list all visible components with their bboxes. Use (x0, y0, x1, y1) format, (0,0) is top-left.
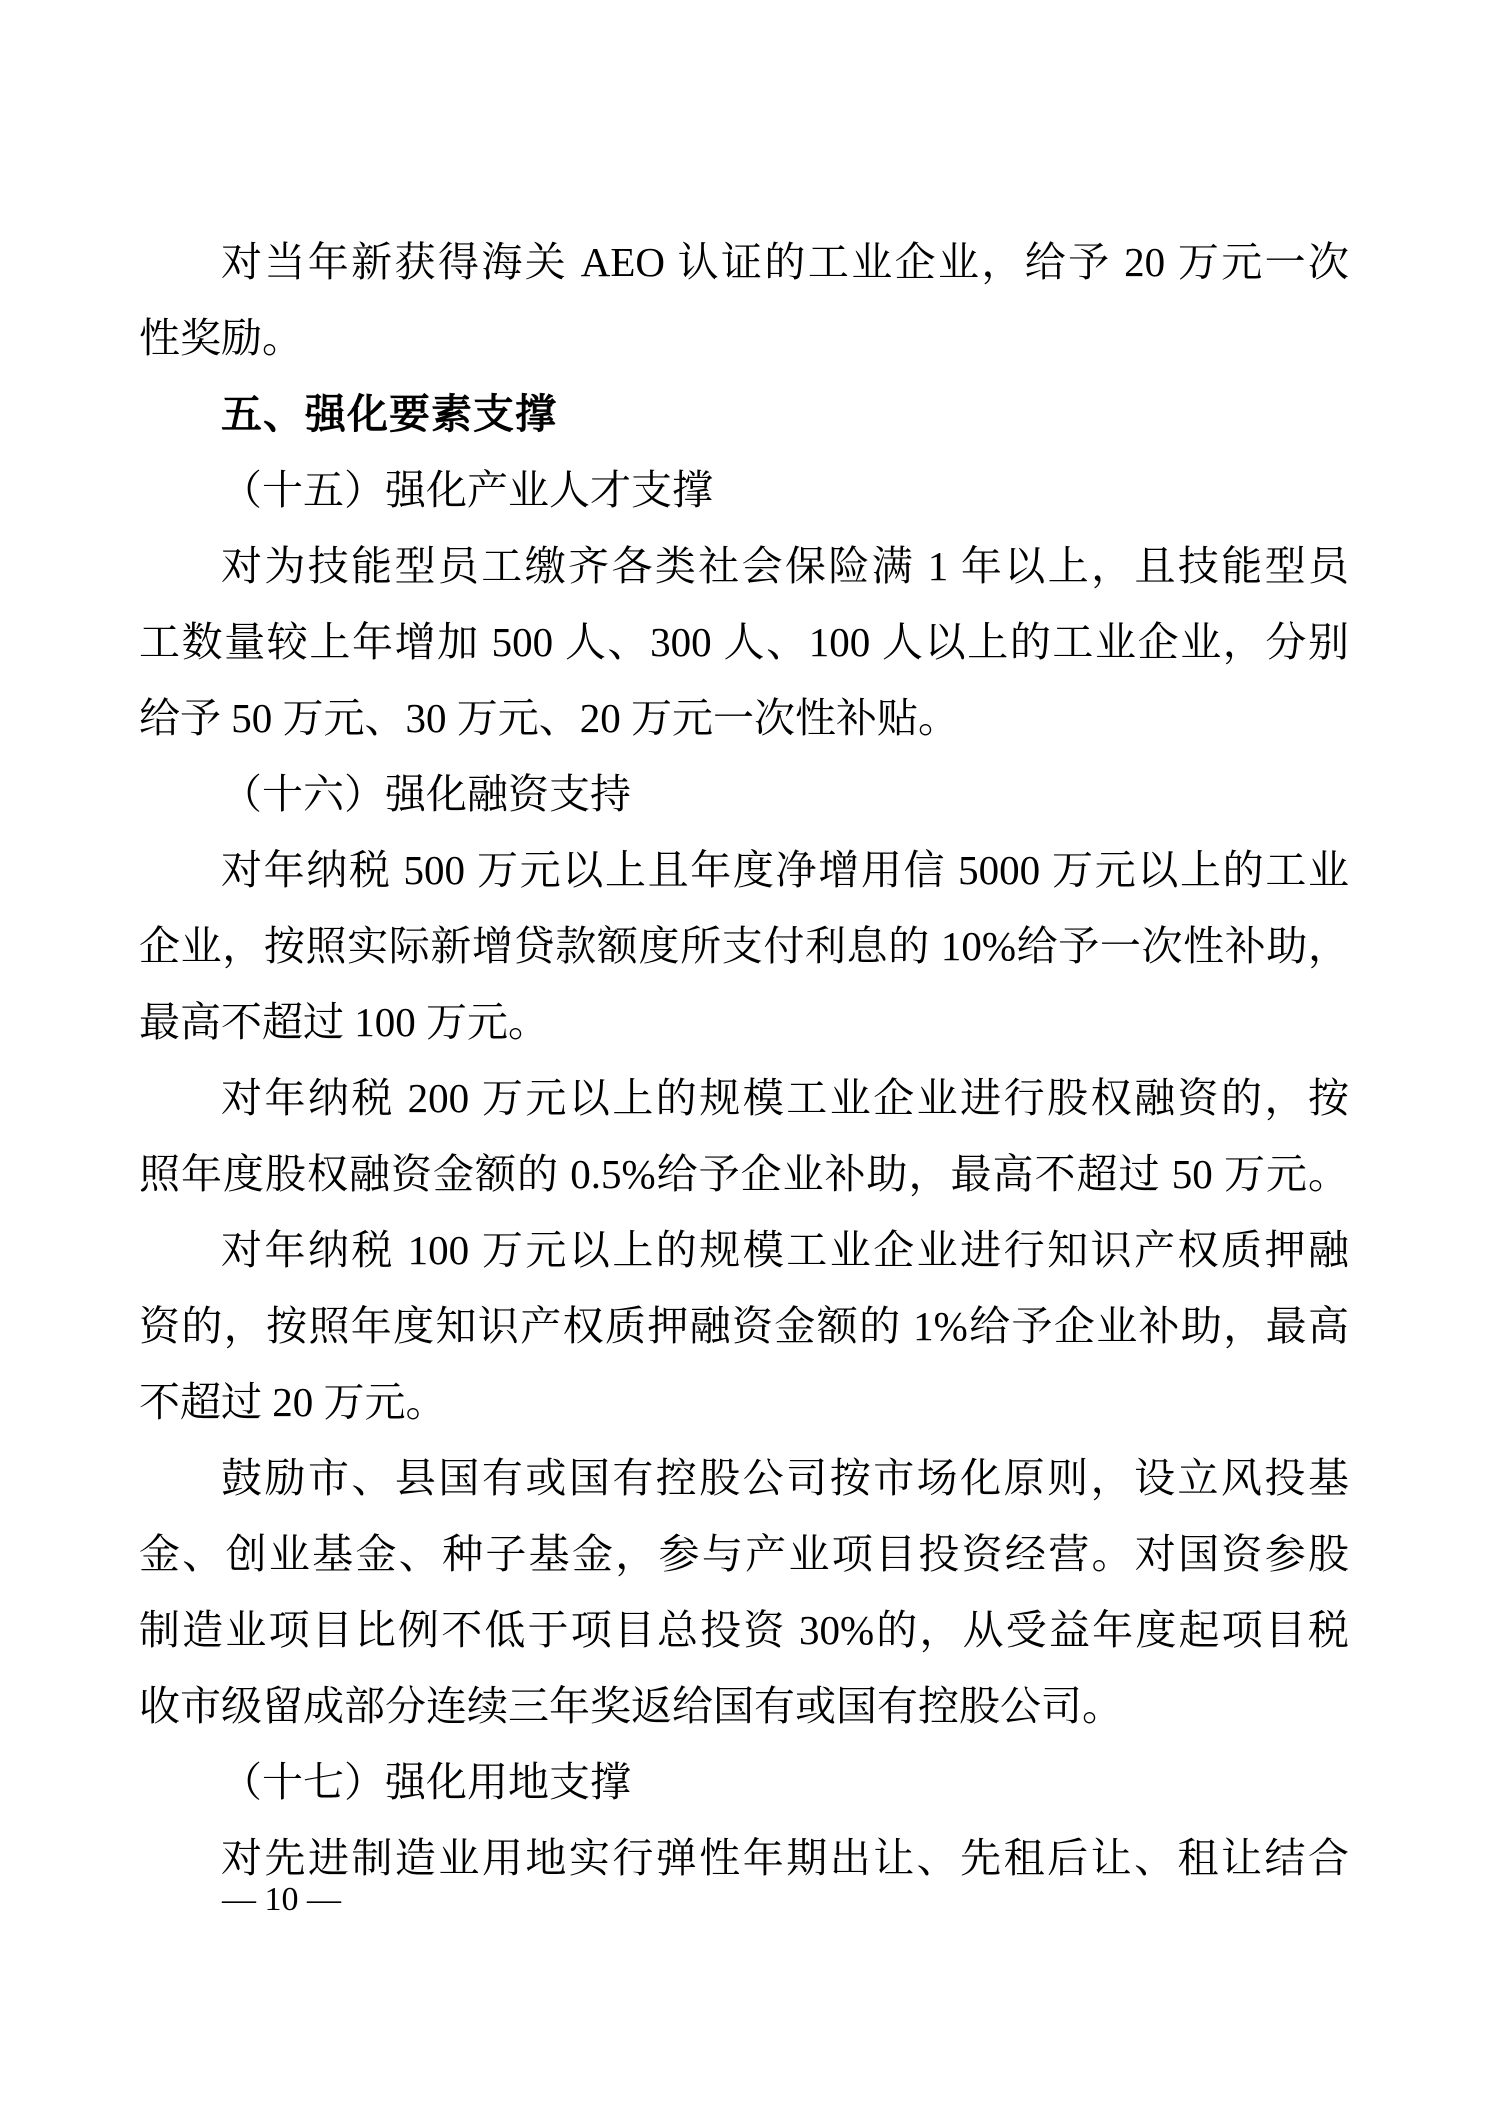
body-line: 对年纳税 500 万元以上且年度净增用信 5000 万元以上的工业 (139, 832, 1349, 908)
document-body: 对当年新获得海关 AEO 认证的工业企业，给予 20 万元一次性奖励。五、强化要… (139, 224, 1349, 1896)
body-line: 资的，按照年度知识产权质押融资金额的 1%给予企业补助，最高 (139, 1288, 1349, 1364)
body-line: 对年纳税 100 万元以上的规模工业企业进行知识产权质押融 (139, 1212, 1349, 1288)
body-line: 鼓励市、县国有或国有控股公司按市场化原则，设立风投基 (139, 1440, 1349, 1516)
subsection-heading: （十七）强化用地支撑 (139, 1744, 1349, 1820)
body-line: 不超过 20 万元。 (139, 1364, 1349, 1440)
page-number: — 10 — (222, 1881, 341, 1918)
body-line: 性奖励。 (139, 300, 1349, 376)
body-line: 企业，按照实际新增贷款额度所支付利息的 10%给予一次性补助， (139, 908, 1349, 984)
body-line: 收市级留成部分连续三年奖返给国有或国有控股公司。 (139, 1668, 1349, 1744)
body-line: 对年纳税 200 万元以上的规模工业企业进行股权融资的，按 (139, 1060, 1349, 1136)
body-line: 照年度股权融资金额的 0.5%给予企业补助，最高不超过 50 万元。 (139, 1136, 1349, 1212)
document-page: 对当年新获得海关 AEO 认证的工业企业，给予 20 万元一次性奖励。五、强化要… (0, 0, 1488, 2105)
page-footer: — 10 — (222, 1872, 341, 1928)
body-line: 制造业项目比例不低于项目总投资 30%的，从受益年度起项目税 (139, 1592, 1349, 1668)
subsection-heading: （十五）强化产业人才支撑 (139, 452, 1349, 528)
body-line: 最高不超过 100 万元。 (139, 984, 1349, 1060)
body-line: 金、创业基金、种子基金，参与产业项目投资经营。对国资参股 (139, 1516, 1349, 1592)
section-heading: 五、强化要素支撑 (139, 376, 1349, 452)
body-line: 工数量较上年增加 500 人、300 人、100 人以上的工业企业，分别 (139, 604, 1349, 680)
body-line: 给予 50 万元、30 万元、20 万元一次性补贴。 (139, 680, 1349, 756)
body-line: 对为技能型员工缴齐各类社会保险满 1 年以上，且技能型员 (139, 528, 1349, 604)
body-line: 对当年新获得海关 AEO 认证的工业企业，给予 20 万元一次 (139, 224, 1349, 300)
subsection-heading: （十六）强化融资支持 (139, 756, 1349, 832)
